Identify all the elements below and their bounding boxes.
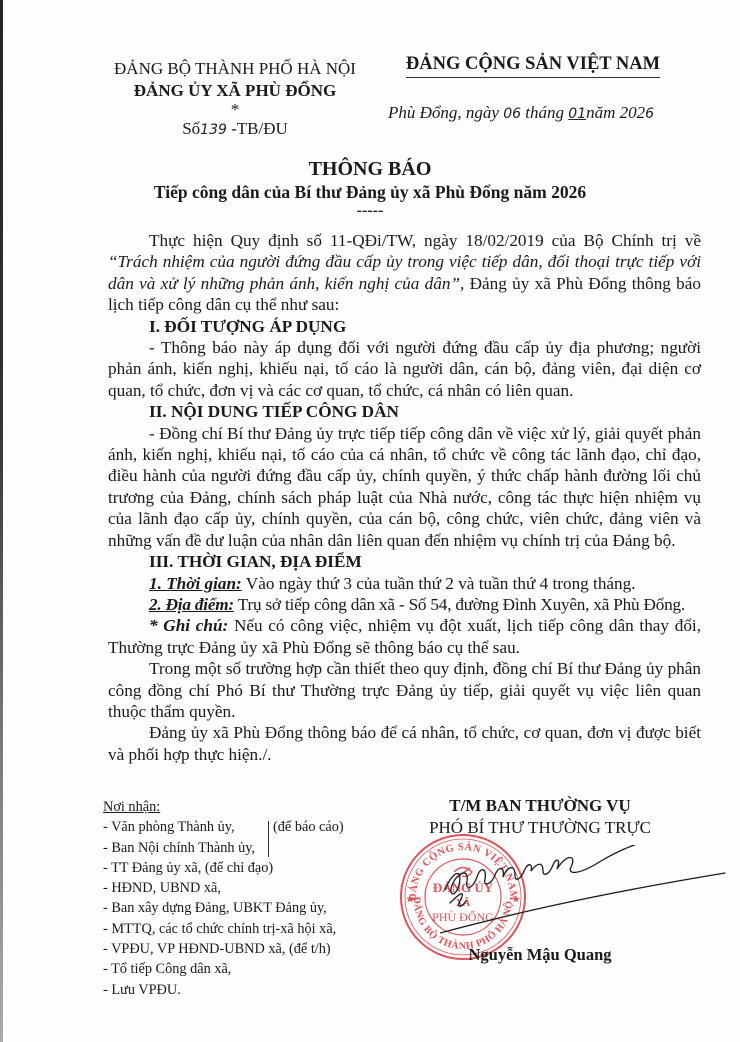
- closing-paragraph: Đảng ủy xã Phù Đổng thông báo để cá nhân…: [108, 722, 701, 765]
- intro-paragraph: Thực hiện Quy định số 11-QĐi/TW, ngày 18…: [108, 230, 701, 316]
- section-heading-scope: I. ĐỐI TƯỢNG ÁP DỤNG: [108, 316, 701, 337]
- star-separator: *: [95, 102, 375, 118]
- document-subtitle: Tiếp công dân của Bí thư Đảng ủy xã Phù …: [0, 182, 740, 203]
- handwritten-year-digit: 6: [645, 106, 654, 122]
- handwritten-month: 01: [568, 106, 586, 122]
- note-label: * Ghi chú:: [149, 616, 228, 635]
- recipients-list: Nơi nhận: - Văn phòng Thành ủy, - Ban Nộ…: [103, 797, 336, 1000]
- recipient-item: - Tổ tiếp Công dân xã,: [103, 959, 336, 979]
- section-heading-content: II. NỘI DUNG TIẾP CÔNG DÂN: [108, 401, 701, 422]
- recipient-item: - Ban Nội chính Thành ủy,: [103, 838, 336, 858]
- scope-paragraph: - Thông báo này áp dụng đối với người đứ…: [108, 337, 701, 401]
- recipient-item: - HĐND, UBND xã,: [103, 878, 336, 898]
- recipient-item: - Lưu VPĐU.: [103, 980, 336, 1000]
- recipients-title: Nơi nhận:: [103, 797, 336, 817]
- svg-text:★: ★: [406, 894, 415, 904]
- recipient-item: - Ban xây dựng Đảng, UBKT Đảng ủy,: [103, 898, 336, 918]
- handwritten-number: 139: [200, 122, 227, 138]
- scan-edge-shadow: [0, 0, 3, 1042]
- place-paragraph: 2. Địa điểm: Trụ sở tiếp công dân xã - S…: [108, 594, 701, 615]
- place-label: 2. Địa điểm:: [149, 595, 234, 614]
- parent-party-org: ĐẢNG BỘ THÀNH PHỐ HÀ NỘI: [95, 58, 375, 80]
- handwritten-day: 06: [503, 106, 521, 122]
- note-paragraph: * Ghi chú: Nếu có công việc, nhiệm vụ độ…: [108, 615, 701, 658]
- delegation-paragraph: Trong một số trường hợp cần thiết theo q…: [108, 658, 701, 722]
- recipient-item: - VPĐU, VP HĐND-UBND xã, (để t/h): [103, 939, 336, 959]
- on-behalf-of: T/M BAN THƯỜNG VỤ: [390, 795, 690, 817]
- party-name: ĐẢNG CỘNG SẢN VIỆT NAM: [406, 54, 660, 78]
- group-bracket: [268, 821, 269, 857]
- signatory-name: Nguyễn Mậu Quang: [390, 945, 690, 965]
- title-separator: -----: [0, 202, 740, 220]
- time-label: 1. Thời gian:: [149, 574, 242, 593]
- recipient-item: - TT Đảng ủy xã, (để chỉ đạo): [103, 858, 336, 878]
- party-name-block: ĐẢNG CỘNG SẢN VIỆT NAM: [388, 54, 678, 78]
- issuer-block: ĐẢNG BỘ THÀNH PHỐ HÀ NỘI ĐẢNG ỦY XÃ PHÙ …: [95, 58, 375, 141]
- content-paragraph: - Đồng chí Bí thư Đảng ủy trực tiếp tiếp…: [108, 423, 701, 551]
- handwritten-signature: [440, 845, 730, 935]
- document-title: THÔNG BÁO: [0, 158, 740, 181]
- group-note-report: (để báo cáo): [273, 817, 344, 837]
- section-heading-time-place: III. THỜI GIAN, ĐỊA ĐIỂM: [108, 551, 701, 572]
- place-date: Phù Đổng, ngày 06 tháng 01năm 2026: [388, 103, 654, 123]
- time-paragraph: 1. Thời gian: Vào ngày thứ 3 của tuần th…: [108, 573, 701, 594]
- document-body: Thực hiện Quy định số 11-QĐi/TW, ngày 18…: [108, 230, 701, 765]
- recipient-item: - MTTQ, các tổ chức chính trị-xã hội xã,: [103, 919, 336, 939]
- issuing-party-committee: ĐẢNG ỦY XÃ PHÙ ĐỔNG: [95, 80, 375, 102]
- document-number: Số139 -TB/ĐU: [95, 118, 375, 141]
